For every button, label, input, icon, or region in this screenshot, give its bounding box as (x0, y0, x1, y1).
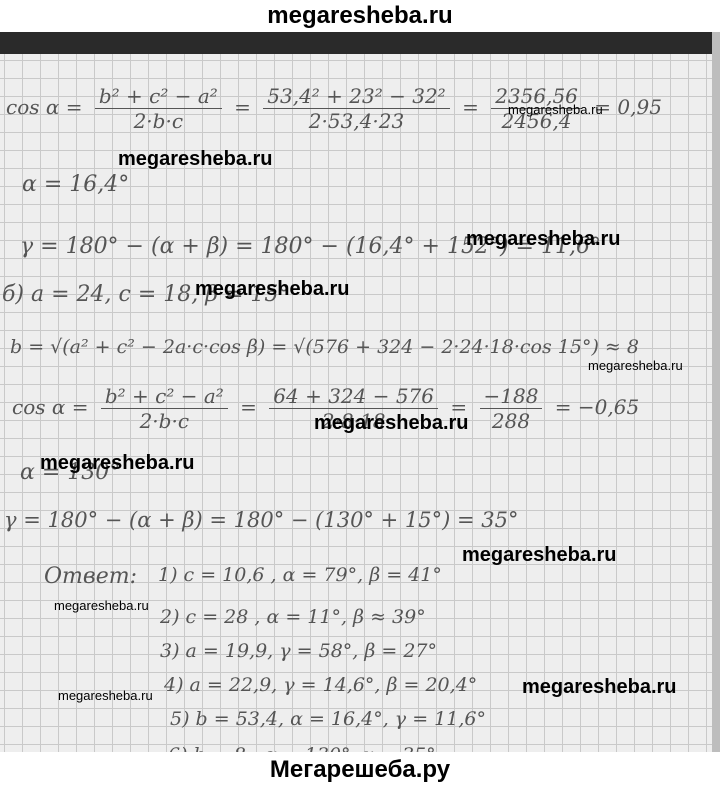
paper-edge (712, 32, 720, 752)
fraction-denominator: 2·b·c (95, 109, 222, 133)
cos-alpha-label: cos α = (6, 95, 82, 119)
equals-sign: = (240, 395, 257, 419)
watermark: megaresheba.ru (195, 278, 350, 301)
fraction-numerator: b² + c² − a² (101, 384, 228, 409)
watermark: megaresheba.ru (462, 544, 617, 567)
fraction-denominator: 2·53,4·23 (263, 109, 449, 133)
fraction-numerator: 64 + 324 − 576 (269, 384, 438, 409)
fraction-substituted: 53,4² + 23² − 32² 2·53,4·23 (263, 84, 449, 133)
answer-item: 3) a = 19,9, γ = 58°, β = 27° (160, 640, 437, 662)
answer-label: Ответ: (44, 564, 137, 589)
answer-item: 2) c = 28 , α = 11°, β ≈ 39° (160, 606, 426, 628)
watermark: megaresheba.ru (466, 228, 621, 251)
graph-paper-sheet: cos α = b² + c² − a² 2·b·c = 53,4² + 23²… (0, 54, 712, 752)
side-b-equation: b = √(a² + c² − 2a·c·cos β) = √(576 + 32… (10, 336, 639, 358)
equals-sign: = (462, 95, 479, 119)
cos-alpha-result: = −0,65 (555, 395, 639, 419)
watermark: megaresheba.ru (314, 412, 469, 435)
cos-alpha-label: cos α = (12, 395, 88, 419)
gamma-equation-2: γ = 180° − (α + β) = 180° − (130° + 15°)… (4, 508, 518, 532)
fraction-denominator: 288 (480, 409, 543, 433)
equals-sign: = (234, 95, 251, 119)
watermark: megaresheba.ru (588, 358, 683, 373)
watermark: megaresheba.ru (118, 148, 273, 171)
site-header-title: megaresheba.ru (0, 0, 720, 32)
watermark: megaresheba.ru (522, 676, 677, 699)
cos-alpha-result: = 0,95 (594, 95, 662, 119)
fraction-formula: b² + c² − a² 2·b·c (101, 384, 228, 433)
fraction-formula: b² + c² − a² 2·b·c (95, 84, 222, 133)
fraction-computed: −188 288 (480, 384, 543, 433)
answer-item: 6) b = 8 , α = 130°, γ = 35° (168, 744, 436, 752)
watermark: megaresheba.ru (54, 598, 149, 613)
watermark: megaresheba.ru (58, 688, 153, 703)
fraction-numerator: b² + c² − a² (95, 84, 222, 109)
fraction-numerator: −188 (480, 384, 543, 409)
answer-item: 5) b = 53,4, α = 16,4°, γ = 11,6° (170, 708, 486, 730)
fraction-numerator: 53,4² + 23² − 32² (263, 84, 449, 109)
answer-item: 1) c = 10,6 , α = 79°, β = 41° (158, 564, 442, 586)
answer-item: 4) a = 22,9, γ = 14,6°, β = 20,4° (164, 674, 477, 696)
site-footer-title: Мегарешеба.ру (0, 752, 720, 788)
fraction-denominator: 2·b·c (101, 409, 228, 433)
watermark: megaresheba.ru (508, 102, 603, 117)
notebook-photo: cos α = b² + c² − a² 2·b·c = 53,4² + 23²… (0, 32, 720, 752)
watermark: megaresheba.ru (40, 452, 195, 475)
alpha-result-1: α = 16,4° (22, 172, 129, 197)
